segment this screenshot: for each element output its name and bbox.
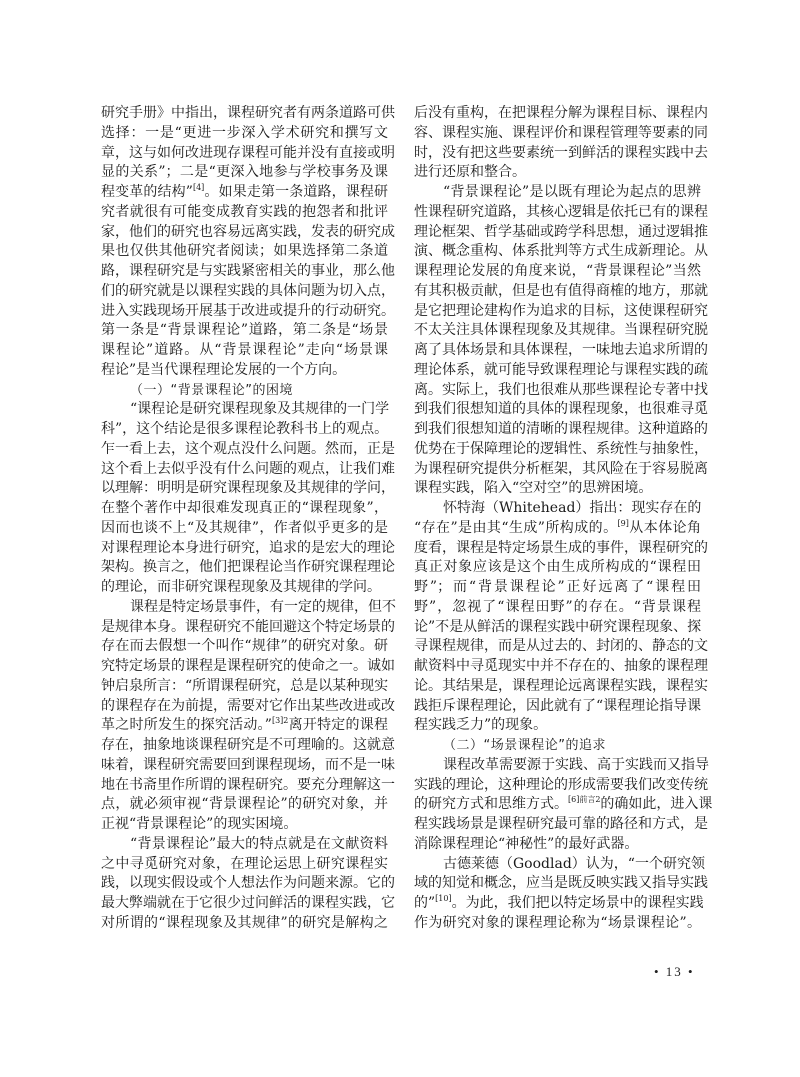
line-text: “课程论是研究课程现象及其规律的一门学	[130, 401, 389, 417]
text-line: 寻课程规律，而是从过去的、封闭的、静态的文	[414, 637, 701, 657]
line-text: 实践的理论，这种理论的形成需要我们改变传统	[414, 777, 708, 793]
text-line: 离。实际上，我们也很难从那些课程论专著中找	[414, 381, 701, 401]
text-line: 域的知觉和概念，应当是既反映实践又指导实践	[414, 874, 701, 894]
line-text: 演、概念重构、体系批判等方式生成新理论。从	[414, 243, 708, 259]
line-text: 路，课程研究是与实践紧密相关的事业，那么他	[101, 263, 395, 279]
citation-ref: [10]	[435, 894, 451, 903]
line-text: 章，这与如何改进现存课程可能并没有直接或明	[101, 145, 395, 161]
text-line: 以理解：明明是研究课程现象及其规律的学问，	[101, 479, 388, 499]
text-line: 的课程存在为前提，需要对它作出某些改进或改	[101, 697, 388, 717]
line-text: 味着，课程研究需要回到课程现场，而不是一味	[101, 757, 395, 773]
line-text: 度看，课程是特定场景生成的事件，课程研究的	[414, 540, 708, 556]
text-line: 家，他们的研究也容易远离实践，发表的研究成	[101, 223, 388, 243]
text-line: 理论体系，就可能导致课程理论与课程实践的疏	[414, 361, 701, 381]
line-text: 点，就必须审视“背景课程论”的研究对象，并	[101, 796, 388, 812]
line-text: 正视“背景课程论”的现实困境。	[101, 816, 297, 832]
line-text: 程变革的结构”	[101, 184, 193, 200]
text-line: 容、课程实施、课程评价和课程管理等要素的同	[414, 124, 701, 144]
line-text: 。如果走第一条道路，课程研	[204, 184, 388, 200]
text-line: 度看，课程是特定场景生成的事件，课程研究的	[414, 539, 701, 559]
line-text: 时，没有把这些要素统一到鲜活的课程实践中去	[414, 145, 708, 161]
line-text: 课程理论发展的角度来说，“背景课程论”当然	[414, 263, 701, 279]
text-line: 路，课程研究是与实践紧密相关的事业，那么他	[101, 262, 388, 282]
text-line: 课程实践，陷入“空对空”的思辨困境。	[414, 479, 701, 499]
text-line: 古德莱德（Goodlad）认为，“一个研究领	[414, 855, 701, 875]
text-line: 作为研究对象的课程理论称为“场景课程论”。	[414, 914, 701, 934]
line-text: 课程实践，陷入“空对空”的思辨困境。	[414, 480, 652, 496]
line-text: 容、课程实施、课程评价和课程管理等要素的同	[414, 125, 708, 141]
section-heading: （一）“背景课程论”的困境	[101, 381, 388, 401]
line-text: 的确如此，进入课	[600, 796, 712, 812]
line-text: 对课程理论本身进行研究，追求的是宏大的理论	[101, 540, 395, 556]
text-line: 存在，抽象地谈课程研究是不可理喻的。这就意	[101, 736, 388, 756]
text-line: 献资料中寻觅现实中并不存在的、抽象的课程理	[414, 657, 701, 677]
section-heading: （二）“场景课程论”的追求	[414, 736, 701, 756]
line-text: 存在而去假想一个叫作“规律”的研究对象。研	[101, 638, 388, 654]
text-line: “课程论是研究课程现象及其规律的一门学	[101, 400, 388, 420]
line-text: 以理解：明明是研究课程现象及其规律的学问，	[101, 480, 395, 496]
line-text: 科”，这个结论是很多课程论教科书上的观点。	[101, 421, 388, 437]
text-line: 之中寻觅研究对象，在理论运思上研究课程实	[101, 855, 388, 875]
text-line: 论。其结果是，课程理论远离课程实践，课程实	[414, 677, 701, 697]
line-text: 选择：一是“更进一步深入学术研究和撰写文	[101, 125, 388, 141]
line-text: “存在”是由其“生成”所构成的。	[414, 520, 618, 536]
line-text: 是规律本身。课程研究不能回避这个特定场景的	[101, 619, 395, 635]
line-text: 为课程研究提供分析框架，其风险在于容易脱离	[414, 461, 708, 477]
text-line: 到我们很想知道的清晰的课程规律。这种道路的	[414, 420, 701, 440]
line-text: 后没有重构，在把课程分解为课程目标、课程内	[414, 105, 708, 121]
text-line: 科”，这个结论是很多课程论教科书上的观点。	[101, 420, 388, 440]
line-text: 乍一看上去，这个观点没什么问题。然而，正是	[101, 441, 395, 457]
line-text: 优势在于保障理论的逻辑性、系统性与抽象性，	[414, 441, 708, 457]
text-line: “背景课程论”最大的特点就是在文献资料	[101, 835, 388, 855]
text-line: 因而也谈不上“及其规律”，作者似乎更多的是	[101, 519, 388, 539]
text-line: 课程理论发展的角度来说，“背景课程论”当然	[414, 262, 701, 282]
citation-ref: [6]前言2	[568, 795, 600, 804]
line-text: 显的关系”；二是“更深入地参与学校事务及课	[101, 164, 388, 180]
page-number: • 13 •	[654, 964, 695, 980]
citation-ref: [4]	[193, 183, 204, 192]
text-line: 革之时所发生的探究活动。”[3]2离开特定的课程	[101, 716, 388, 736]
text-line: 后没有重构，在把课程分解为课程目标、课程内	[414, 104, 701, 124]
line-text: “背景课程论”最大的特点就是在文献资料	[130, 836, 388, 852]
line-text: 论。其结果是，课程理论远离课程实践，课程实	[414, 678, 708, 694]
text-line: 的理论，而非研究课程现象及其规律的学问。	[101, 578, 388, 598]
citation-ref: [3]2	[272, 716, 288, 725]
text-line: 为课程研究提供分析框架，其风险在于容易脱离	[414, 460, 701, 480]
text-line: 程实践场景是课程研究最可靠的路径和方式，是	[414, 815, 701, 835]
line-text: 果也仅供其他研究者阅读；如果选择第二条道	[101, 243, 388, 259]
line-text: 的研究方式和思维方式。	[414, 796, 568, 812]
text-line: 野”，忽视了“课程田野”的存在。“背景课程	[414, 598, 701, 618]
text-line: 的研究方式和思维方式。[6]前言2的确如此，进入课	[414, 795, 701, 815]
line-text: 消除课程理论“神秘性”的最好武器。	[414, 836, 638, 852]
line-text: 从本体论角	[629, 520, 701, 536]
text-line: 在整个著作中却很难发现真正的“课程现象”，	[101, 499, 388, 519]
line-text: 地在书斋里作所谓的课程研究。要充分理解这一	[101, 777, 395, 793]
line-text: 的课程存在为前提，需要对它作出某些改进或改	[101, 698, 395, 714]
line-text: （一）“背景课程论”的困境	[130, 383, 293, 398]
line-text: 论”不是从鲜活的课程实践中研究课程现象、探	[414, 619, 701, 635]
line-text: 真正对象应该是这个由生成所构成的“课程田	[414, 559, 701, 575]
line-text: 最大弊端就在于它很少过问鲜活的课程实践，它	[101, 895, 395, 911]
text-line: 味着，课程研究需要回到课程现场，而不是一味	[101, 756, 388, 776]
line-text: 离。实际上，我们也很难从那些课程论专著中找	[414, 382, 708, 398]
line-text: 程论”是当代课程理论发展的一个方向。	[101, 362, 346, 378]
text-line: 践拒斥课程理论，因此就有了“课程理论指导课	[414, 697, 701, 717]
line-text: 课程改革需要源于实践、高于实践而又指导	[443, 757, 709, 773]
text-line: 论”不是从鲜活的课程实践中研究课程现象、探	[414, 618, 701, 638]
line-text: 存在，抽象地谈课程研究是不可理喻的。这就意	[101, 737, 395, 753]
line-text: 理论框架、哲学基础或跨学科思想，通过逻辑推	[414, 224, 708, 240]
line-text: 革之时所发生的探究活动。”	[101, 717, 272, 733]
text-line: 们的研究就是以课程实践的具体问题为切入点，	[101, 282, 388, 302]
text-line: 有其积极贡献，但是也有值得商榷的地方，那就	[414, 282, 701, 302]
text-line: 进行还原和整合。	[414, 163, 701, 183]
text-line: 章，这与如何改进现存课程可能并没有直接或明	[101, 144, 388, 164]
text-line: 课程改革需要源于实践、高于实践而又指导	[414, 756, 701, 776]
line-text: 古德莱德（Goodlad）认为，“一个研究领	[443, 856, 705, 872]
line-text: 程实践乏力”的现象。	[414, 717, 547, 733]
text-line: 真正对象应该是这个由生成所构成的“课程田	[414, 558, 701, 578]
text-line: 是规律本身。课程研究不能回避这个特定场景的	[101, 618, 388, 638]
text-line: 优势在于保障理论的逻辑性、系统性与抽象性，	[414, 440, 701, 460]
line-text: 离开特定的课程	[288, 717, 388, 733]
text-line: 课程论”道路。从“背景课程论”走向“场景课	[101, 341, 388, 361]
text-line: 最大弊端就在于它很少过问鲜活的课程实践，它	[101, 894, 388, 914]
line-text: 之中寻觅研究对象，在理论运思上研究课程实	[101, 856, 388, 872]
text-line: 时，没有把这些要素统一到鲜活的课程实践中去	[414, 144, 701, 164]
line-text: 课程论”道路。从“背景课程论”走向“场景课	[101, 342, 388, 358]
text-line: 乍一看上去，这个观点没什么问题。然而，正是	[101, 440, 388, 460]
line-text: 践拒斥课程理论，因此就有了“课程理论指导课	[414, 698, 701, 714]
line-text: 是它把理论建构作为追求的目标，这使课程研究	[414, 303, 708, 319]
text-line: “存在”是由其“生成”所构成的。[9]从本体论角	[414, 519, 701, 539]
text-line: 程变革的结构”[4]。如果走第一条道路，课程研	[101, 183, 388, 203]
citation-ref: [9]	[618, 519, 629, 528]
line-text: 野”；而“背景课程论”正好远离了“课程田	[414, 579, 701, 595]
line-text: 到我们很想知道的清晰的课程规律。这种道路的	[414, 421, 708, 437]
line-text: 有其积极贡献，但是也有值得商榷的地方，那就	[414, 283, 708, 299]
text-line: 研究手册》中指出，课程研究者有两条道路可供	[101, 104, 388, 124]
text-line: 程实践乏力”的现象。	[414, 716, 701, 736]
line-text: 野”，忽视了“课程田野”的存在。“背景课程	[414, 599, 701, 615]
text-line: 不太关注具体课程现象及其规律。当课程研究脱	[414, 321, 701, 341]
line-text: “背景课程论”是以既有理论为起点的思辨	[443, 184, 701, 200]
text-line: 正视“背景课程论”的现实困境。	[101, 815, 388, 835]
line-text: 性课程研究道路，其核心逻辑是依托已有的课程	[414, 204, 708, 220]
line-text: 课程是特定场景事件，有一定的规律，但不	[130, 599, 396, 615]
line-text: 的”	[414, 895, 435, 911]
text-line: 怀特海（Whitehead）指出：现实存在的	[414, 499, 701, 519]
text-line: 践，以现实假设或个人想法作为问题来源。它的	[101, 874, 388, 894]
text-line: 野”；而“背景课程论”正好远离了“课程田	[414, 578, 701, 598]
line-text: 家，他们的研究也容易远离实践，发表的研究成	[101, 224, 395, 240]
line-text: 的理论，而非研究课程现象及其规律的学问。	[101, 579, 381, 595]
line-text: 究特定场景的课程是课程研究的使命之一。诚如	[101, 658, 395, 674]
text-line: 地在书斋里作所谓的课程研究。要充分理解这一	[101, 776, 388, 796]
text-line: 实践的理论，这种理论的形成需要我们改变传统	[414, 776, 701, 796]
text-line: 点，就必须审视“背景课程论”的研究对象，并	[101, 795, 388, 815]
line-text: 寻课程规律，而是从过去的、封闭的、静态的文	[414, 638, 708, 654]
line-text: 到我们很想知道的具体的课程现象，也很难寻觅	[414, 401, 708, 417]
text-line: 离了具体场景和具体课程，一味地去追求所谓的	[414, 341, 701, 361]
line-text: 架构。换言之，他们把课程论当作研究课程理论	[101, 559, 395, 575]
line-text: 钟启泉所言：“所谓课程研究，总是以某种现实	[101, 678, 388, 694]
text-line: 选择：一是“更进一步深入学术研究和撰写文	[101, 124, 388, 144]
line-text: 对所谓的“课程现象及其规律”的研究是解构之	[101, 915, 388, 931]
text-line: 果也仅供其他研究者阅读；如果选择第二条道	[101, 242, 388, 262]
text-line: 架构。换言之，他们把课程论当作研究课程理论	[101, 558, 388, 578]
text-line: “背景课程论”是以既有理论为起点的思辨	[414, 183, 701, 203]
line-text: （二）“场景课程论”的追求	[443, 738, 606, 753]
line-text: 究者就很有可能变成教育实践的抱怨者和批评	[101, 204, 388, 220]
line-text: 怀特海（Whitehead）指出：现实存在的	[443, 500, 701, 516]
line-text: 。为此，我们把以特定场景中的课程实践	[452, 895, 704, 911]
text-line: 性课程研究道路，其核心逻辑是依托已有的课程	[414, 203, 701, 223]
line-text: 进行还原和整合。	[414, 164, 526, 180]
text-line: 对所谓的“课程现象及其规律”的研究是解构之	[101, 914, 388, 934]
line-text: 理论体系，就可能导致课程理论与课程实践的疏	[414, 362, 708, 378]
text-line: 的”[10]。为此，我们把以特定场景中的课程实践	[414, 894, 701, 914]
line-text: 不太关注具体课程现象及其规律。当课程研究脱	[414, 322, 708, 338]
right-column: 后没有重构，在把课程分解为课程目标、课程内容、课程实施、课程评价和课程管理等要素…	[414, 104, 701, 934]
text-line: 消除课程理论“神秘性”的最好武器。	[414, 835, 701, 855]
text-line: 第一条是“背景课程论”道路，第二条是“场景	[101, 321, 388, 341]
line-text: 们的研究就是以课程实践的具体问题为切入点，	[101, 283, 395, 299]
line-text: 程实践场景是课程研究最可靠的路径和方式，是	[414, 816, 708, 832]
text-line: 对课程理论本身进行研究，追求的是宏大的理论	[101, 539, 388, 559]
text-line: 到我们很想知道的具体的课程现象，也很难寻觅	[414, 400, 701, 420]
line-text: 在整个著作中却很难发现真正的“课程现象”，	[101, 500, 388, 516]
text-line: 程论”是当代课程理论发展的一个方向。	[101, 361, 388, 381]
left-column: 研究手册》中指出，课程研究者有两条道路可供选择：一是“更进一步深入学术研究和撰写…	[101, 104, 388, 934]
text-line: 是它把理论建构作为追求的目标，这使课程研究	[414, 302, 701, 322]
text-line: 存在而去假想一个叫作“规律”的研究对象。研	[101, 637, 388, 657]
line-text: 域的知觉和概念，应当是既反映实践又指导实践	[414, 875, 708, 891]
line-text: 第一条是“背景课程论”道路，第二条是“场景	[101, 322, 388, 338]
line-text: 进入实践现场开展基于改进或提升的行动研究。	[101, 303, 395, 319]
text-line: 演、概念重构、体系批判等方式生成新理论。从	[414, 242, 701, 262]
line-text: 献资料中寻觅现实中并不存在的、抽象的课程理	[414, 658, 708, 674]
text-line: 究者就很有可能变成教育实践的抱怨者和批评	[101, 203, 388, 223]
text-line: 钟启泉所言：“所谓课程研究，总是以某种现实	[101, 677, 388, 697]
line-text: 研究手册》中指出，课程研究者有两条道路可供	[101, 105, 395, 121]
line-text: 践，以现实假设或个人想法作为问题来源。它的	[101, 875, 395, 891]
text-line: 理论框架、哲学基础或跨学科思想，通过逻辑推	[414, 223, 701, 243]
text-line: 课程是特定场景事件，有一定的规律，但不	[101, 598, 388, 618]
text-line: 这个看上去似乎没有什么问题的观点，让我们难	[101, 460, 388, 480]
line-text: 作为研究对象的课程理论称为“场景课程论”。	[414, 915, 701, 931]
line-text: 这个看上去似乎没有什么问题的观点，让我们难	[101, 461, 395, 477]
text-line: 进入实践现场开展基于改进或提升的行动研究。	[101, 302, 388, 322]
text-line: 究特定场景的课程是课程研究的使命之一。诚如	[101, 657, 388, 677]
line-text: 离了具体场景和具体课程，一味地去追求所谓的	[414, 342, 708, 358]
text-line: 显的关系”；二是“更深入地参与学校事务及课	[101, 163, 388, 183]
line-text: 因而也谈不上“及其规律”，作者似乎更多的是	[101, 520, 388, 536]
